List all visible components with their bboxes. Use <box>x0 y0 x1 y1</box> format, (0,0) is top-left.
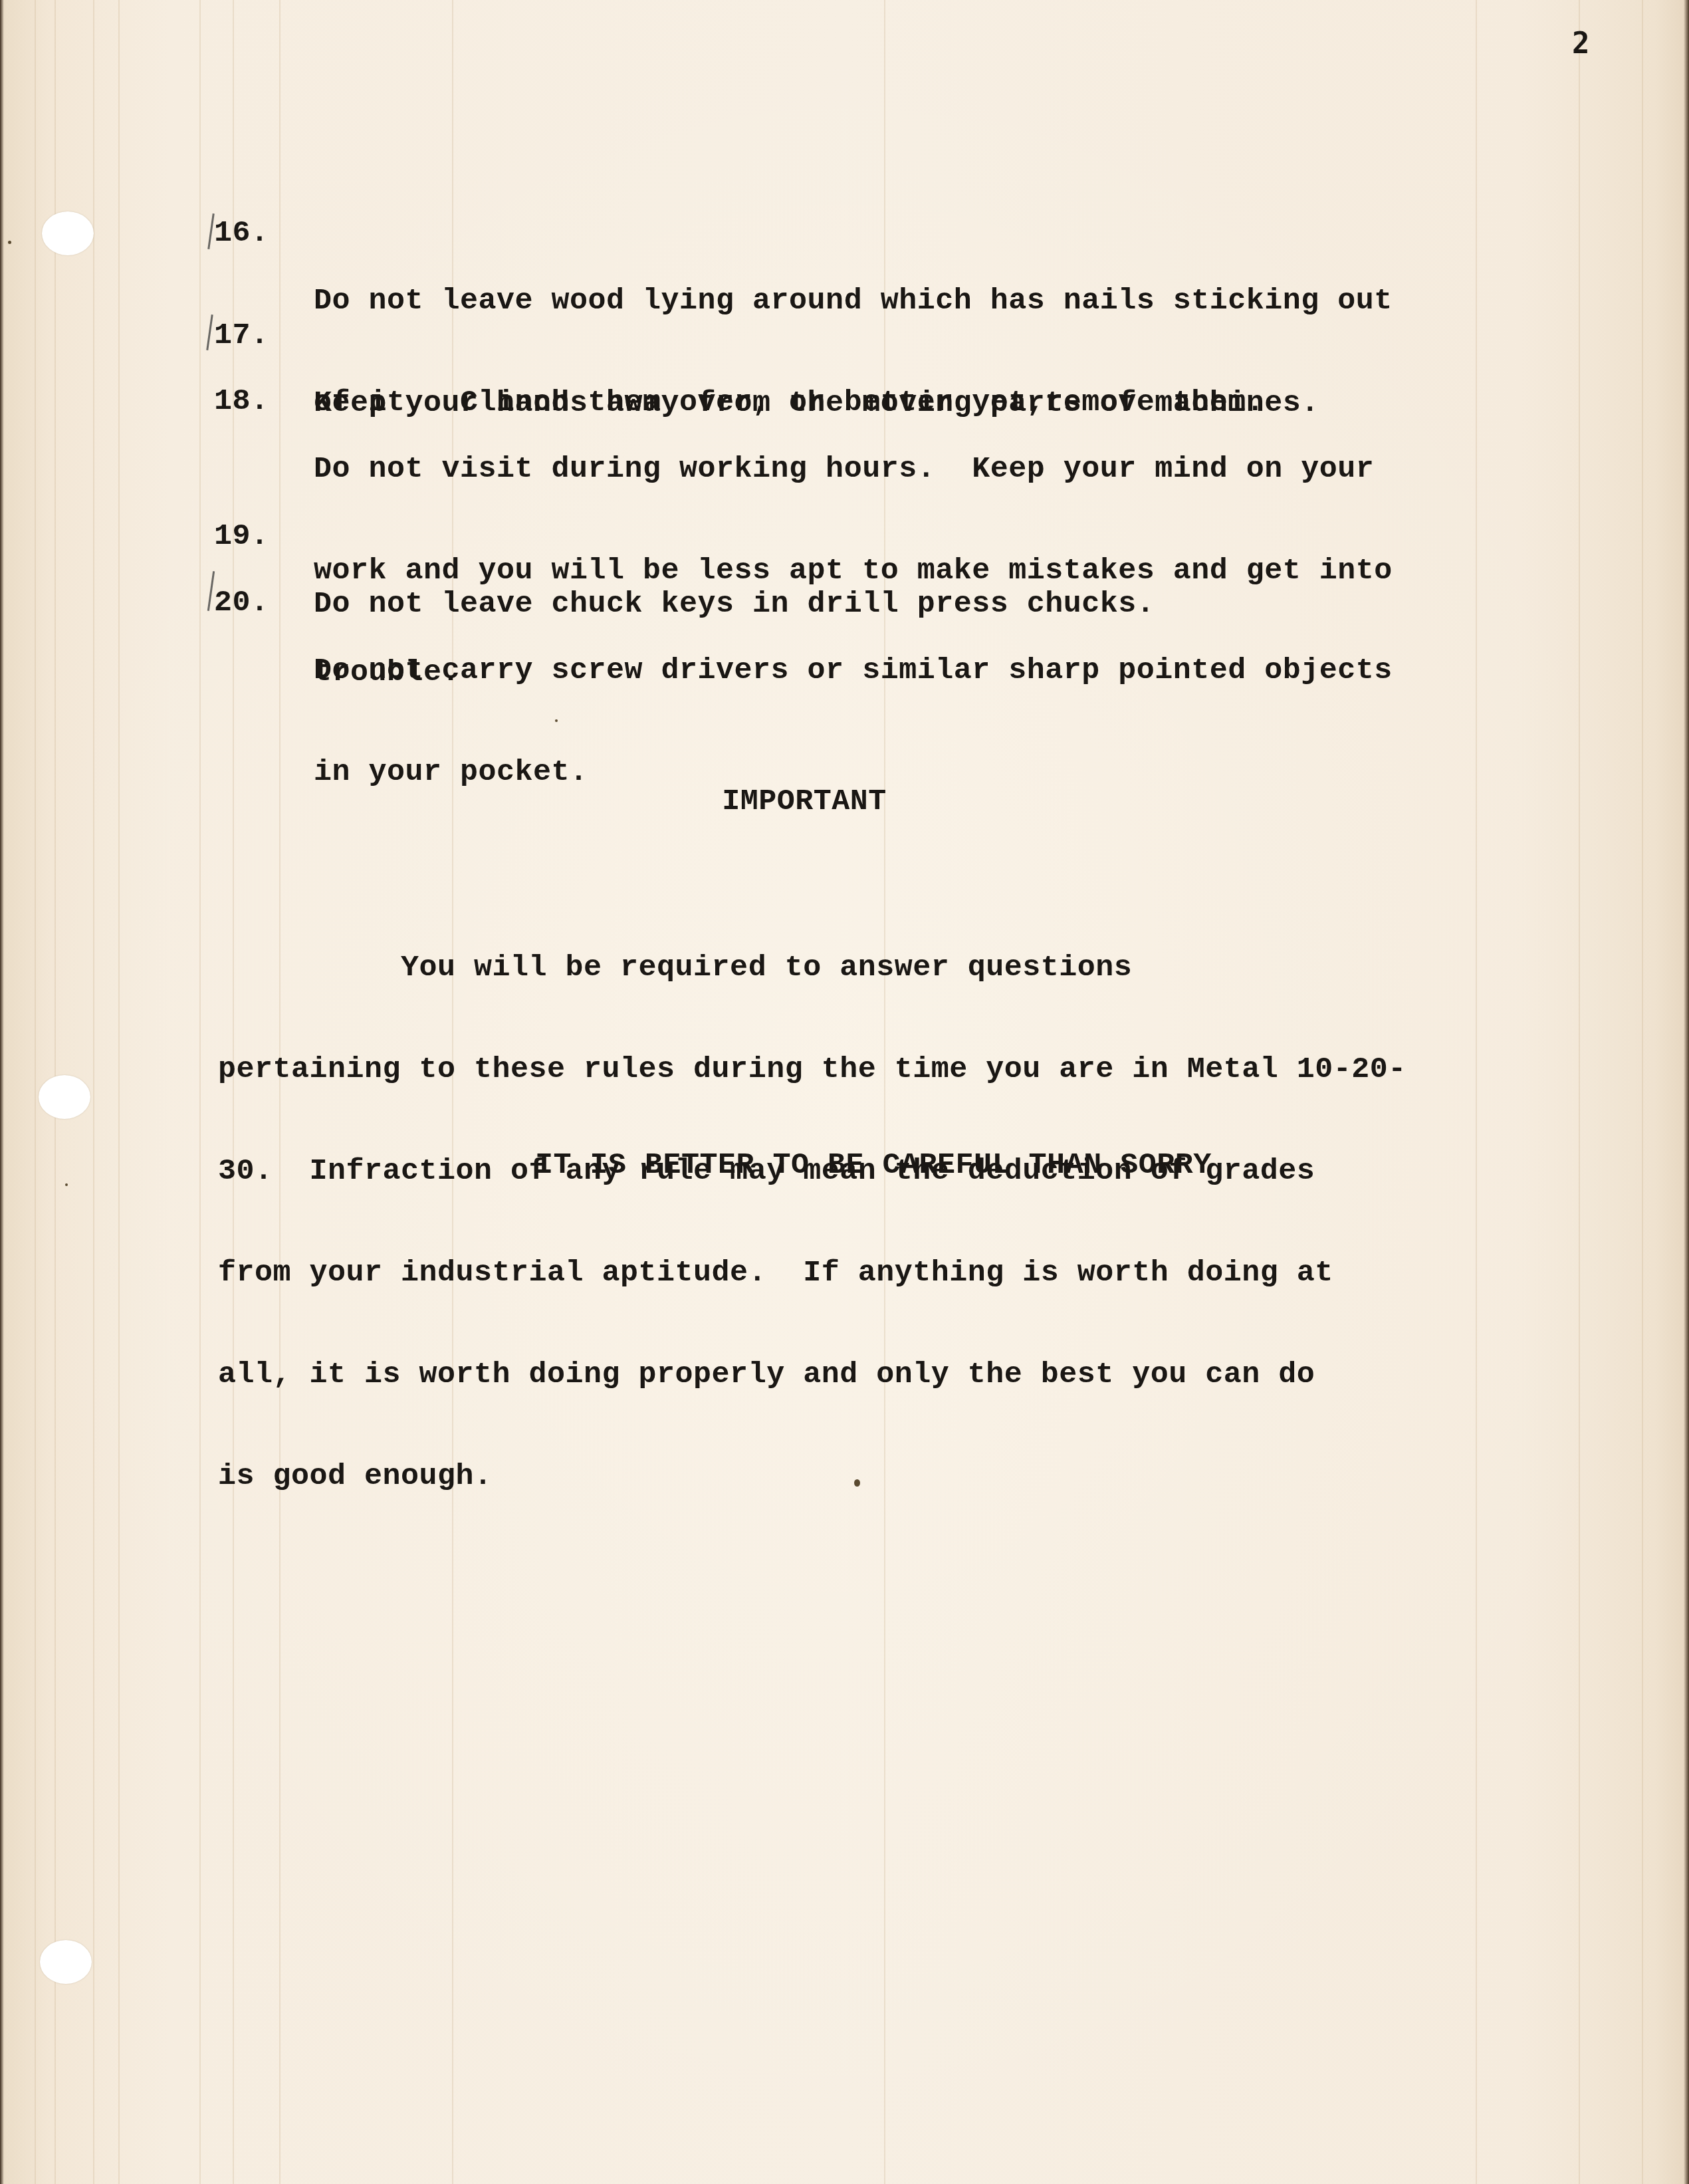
check-mark-icon <box>206 314 213 350</box>
rule-text-line: Do not carry screw drivers or similar sh… <box>314 654 1393 687</box>
rule-item-18: 18. Do not visit during working hours. K… <box>214 384 287 520</box>
paragraph-line: You will be required to answer questions <box>218 951 1407 985</box>
paragraph-line: from your industrial aptitude. If anythi… <box>218 1256 1407 1290</box>
rule-number: 19. <box>214 519 269 553</box>
rule-text-line: Do not leave wood lying around which has… <box>314 284 1393 318</box>
important-paragraph: You will be required to answer questions… <box>218 883 1407 1561</box>
paragraph-line: all, it is worth doing properly and only… <box>218 1358 1407 1392</box>
paragraph-line: is good enough. <box>218 1459 1407 1493</box>
ruling-line <box>199 0 201 2184</box>
ruling-line <box>93 0 94 2184</box>
ruling-line <box>1642 0 1643 2184</box>
paper-speck <box>854 1479 860 1487</box>
page-number: 2 <box>1572 27 1590 61</box>
rule-text-line: Do not visit during working hours. Keep … <box>314 452 1393 486</box>
ruling-line <box>1476 0 1477 2184</box>
paper-speck <box>555 719 558 722</box>
paper-edge-left <box>0 0 4 2184</box>
closing-motto: IT IS BETTER TO BE CAREFUL THAN SORRY <box>535 1148 1212 1182</box>
ruling-line <box>118 0 120 2184</box>
rule-number: 20. <box>214 586 269 620</box>
ruling-line <box>1579 0 1580 2184</box>
paragraph-line: pertaining to these rules during the tim… <box>218 1052 1407 1086</box>
paper-edge-right <box>1684 0 1689 2184</box>
ruling-line <box>35 0 36 2184</box>
rule-item-20: 20. Do not carry screw drivers or simila… <box>214 586 287 755</box>
document-page: 2 16. Do not leave wood lying around whi… <box>0 0 1689 2184</box>
punch-hole-top <box>42 211 94 255</box>
punch-hole-middle <box>39 1075 90 1119</box>
paper-speck <box>65 1183 68 1186</box>
rule-number: 18. <box>214 384 269 418</box>
rule-number: 16. <box>214 216 269 250</box>
rule-number: 17. <box>214 318 269 352</box>
punch-hole-bottom <box>40 1940 92 1984</box>
paper-speck <box>8 241 11 244</box>
important-heading: IMPORTANT <box>0 785 1609 818</box>
